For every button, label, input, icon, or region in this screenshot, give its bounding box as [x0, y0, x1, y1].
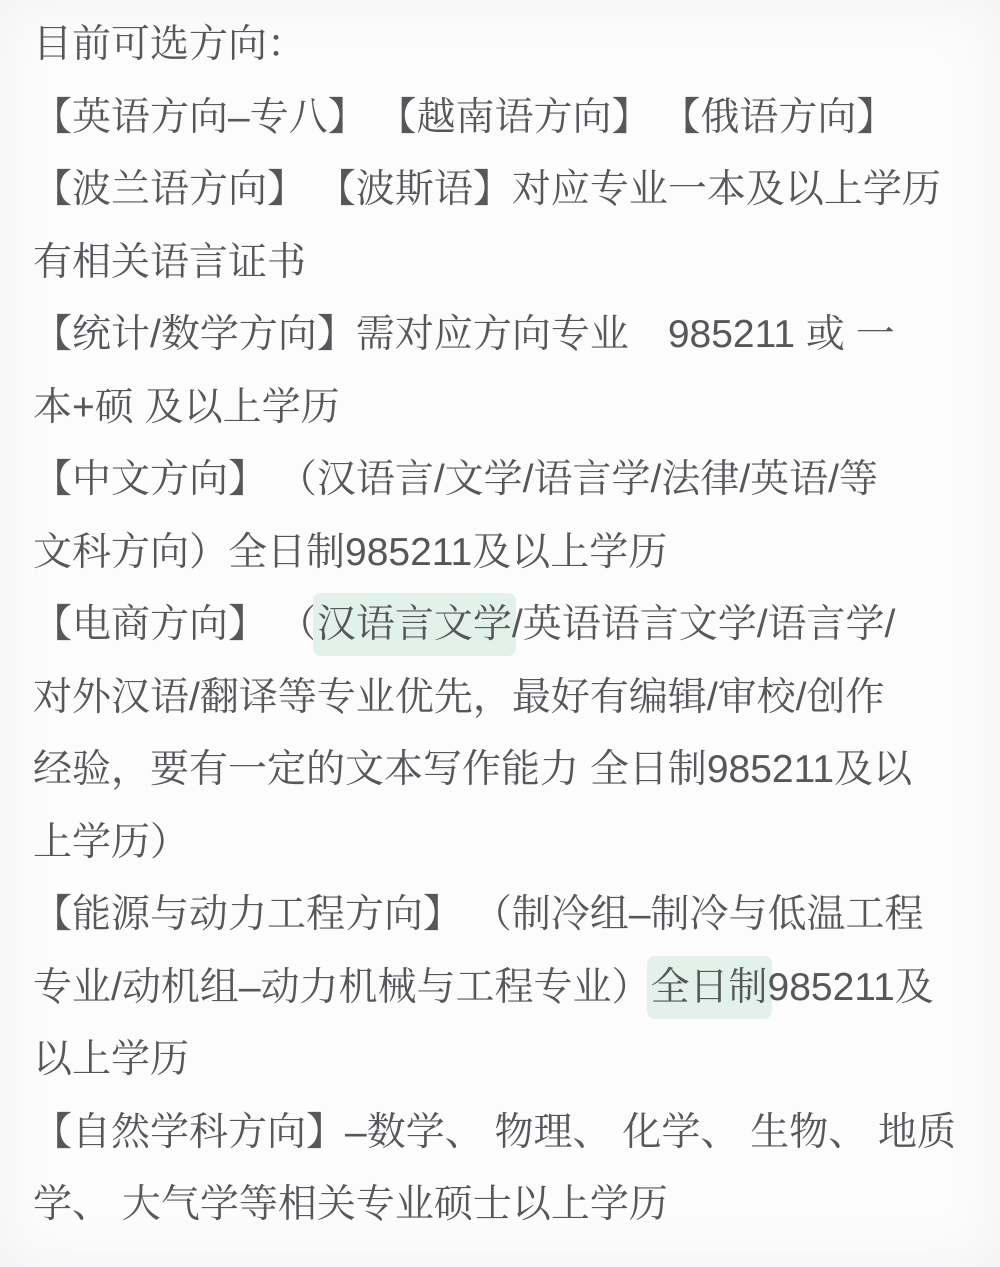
- text-line: 【能源与动力工程方向】 （制冷组–制冷与低温工程: [33, 879, 980, 952]
- text-segment: 【英语方向–专八】 【越南语方向】 【俄语方向】: [33, 96, 895, 139]
- text-segment: 以上学历: [33, 1038, 189, 1081]
- text-segment: 有相关语言证书: [33, 241, 306, 284]
- text-content: 目前可选方向：【英语方向–专八】 【越南语方向】 【俄语方向】【波兰语方向】 【…: [33, 9, 980, 1242]
- text-segment: 【自然学科方向】–数学、 物理、 化学、 生物、 地质: [33, 1111, 956, 1154]
- text-line: 本+硕 及以上学历: [33, 372, 980, 445]
- text-line: 目前可选方向：: [33, 9, 980, 82]
- text-segment: 【统计/数学方向】需对应方向专业 985211 或 一: [33, 313, 895, 356]
- text-line: 【电商方向】 （汉语言文学/英语语言文学/语言学/: [33, 589, 980, 662]
- text-segment: 本+硕 及以上学历: [33, 386, 340, 429]
- text-line: 对外汉语/翻译等专业优先，最好有编辑/审校/创作: [33, 662, 980, 735]
- text-segment: 【能源与动力工程方向】 （制冷组–制冷与低温工程: [33, 893, 924, 936]
- text-line: 【统计/数学方向】需对应方向专业 985211 或 一: [33, 299, 980, 372]
- text-line: 【中文方向】 （汉语言/文学/语言学/法律/英语/等: [33, 444, 980, 517]
- text-segment: 目前可选方向：: [33, 23, 306, 66]
- text-line: 专业/动机组–动力机械与工程专业）全日制985211及: [33, 952, 980, 1025]
- text-line: 【自然学科方向】–数学、 物理、 化学、 生物、 地质: [33, 1097, 980, 1170]
- text-segment: 专业/动机组–动力机械与工程专业）: [33, 966, 651, 1009]
- text-segment: 学、 大气学等相关专业硕士以上学历: [33, 1183, 668, 1226]
- text-line: 以上学历: [33, 1024, 980, 1097]
- text-segment: /英语语言文学/语言学/: [512, 603, 896, 646]
- text-line: 【波兰语方向】 【波斯语】对应专业一本及以上学历: [33, 154, 980, 227]
- text-segment: 文科方向）全日制985211及以上学历: [33, 531, 667, 574]
- text-segment: 经验，要有一定的文本写作能力 全日制985211及以: [33, 748, 912, 791]
- text-segment: 上学历）: [33, 821, 189, 864]
- text-line: 【英语方向–专八】 【越南语方向】 【俄语方向】: [33, 82, 980, 155]
- text-line: 文科方向）全日制985211及以上学历: [33, 517, 980, 590]
- text-line: 上学历）: [33, 807, 980, 880]
- highlighted-text: 全日制: [647, 956, 772, 1019]
- text-segment: 【电商方向】 （: [33, 603, 317, 646]
- highlighted-text: 汉语言文学: [313, 593, 516, 656]
- text-line: 学、 大气学等相关专业硕士以上学历: [33, 1169, 980, 1242]
- text-segment: 985211及: [768, 966, 934, 1009]
- text-line: 经验，要有一定的文本写作能力 全日制985211及以: [33, 734, 980, 807]
- text-line: 有相关语言证书: [33, 227, 980, 300]
- document-page: 目前可选方向：【英语方向–专八】 【越南语方向】 【俄语方向】【波兰语方向】 【…: [0, 0, 1000, 1267]
- text-segment: 【波兰语方向】 【波斯语】对应专业一本及以上学历: [33, 168, 941, 211]
- text-segment: 对外汉语/翻译等专业优先，最好有编辑/审校/创作: [33, 676, 885, 719]
- text-segment: 【中文方向】 （汉语言/文学/语言学/法律/英语/等: [33, 458, 878, 501]
